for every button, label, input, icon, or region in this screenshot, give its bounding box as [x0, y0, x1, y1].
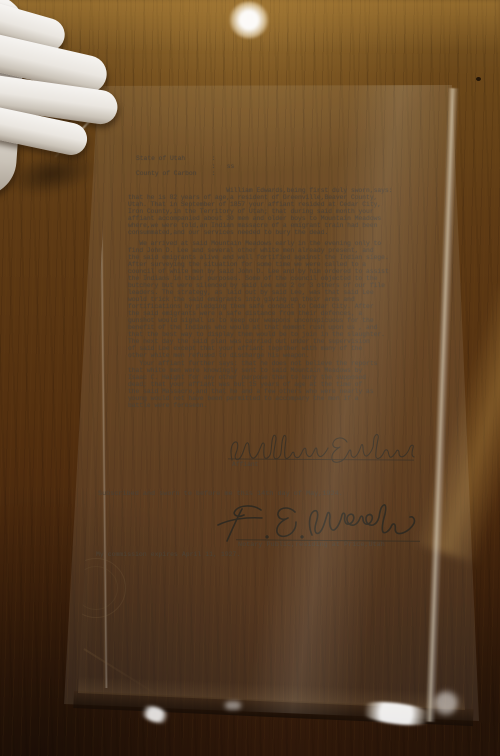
affidavit-paragraph-1: William Edwards,being first duly sworn,s…	[128, 187, 393, 236]
affidavit-paragraph-2: We arrived at said Mountain Meadows earl…	[128, 240, 389, 359]
wood-knot	[476, 77, 481, 81]
affidavit-paragraph-3: Your affiant further says: that he does …	[128, 360, 377, 409]
commission-expiry-line: My commission expires April 11, 1927.	[96, 551, 240, 558]
photo-of-affidavit-on-table: State of Utah : : ss County of Carbon : …	[0, 0, 500, 756]
notary-title-line: Notary Public,residing at Price,Utah	[238, 542, 385, 549]
sleeve-reflection	[220, 701, 246, 710]
light-reflection-spot	[229, 1, 269, 39]
venue-caption: State of Utah : : ss County of Carbon :	[136, 155, 234, 178]
jurat-line: Subscribed and sworn to before me this 1…	[98, 491, 343, 498]
affiant-label: Affiant	[232, 461, 258, 468]
